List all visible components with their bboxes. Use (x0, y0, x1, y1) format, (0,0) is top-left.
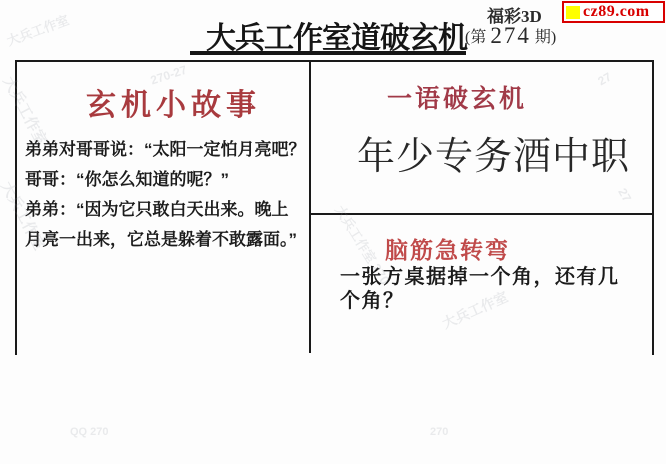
story-line: 弟弟对哥哥说：“太阳一定怕月亮吧？ (25, 135, 311, 165)
site-logo-square-icon (566, 6, 580, 19)
teaser-section-title: 脑筋急转弯 (385, 232, 510, 265)
watermark-text: 270 (430, 426, 448, 438)
hint-section-title: 一语破玄机 (387, 79, 527, 115)
site-link-label: cz89.com (583, 4, 650, 20)
title-underline (190, 51, 466, 55)
hint-phrase: 年少专务酒中职 (357, 125, 630, 180)
issue-number-line: (第 274 期) (465, 24, 556, 47)
teaser-line: 个角？ (340, 289, 640, 313)
story-line: 月亮一出来，它总是躲着不敢露面。” (25, 225, 311, 255)
lottery-mystery-sheet: 大兵工作室道破玄机 福彩3D (第 274 期) cz89.com 玄机小故事 … (0, 0, 666, 464)
watermark-text: QQ 270 (70, 426, 109, 438)
issue-prefix: (第 (465, 24, 486, 47)
story-text-block: 弟弟对哥哥说：“太阳一定怕月亮吧？ 哥哥：“你怎么知道的呢？” 弟弟：“因为它只… (25, 135, 311, 255)
site-link[interactable]: cz89.com (562, 1, 665, 23)
teaser-text-block: 一张方桌据掉一个角，还有几 个角？ (340, 265, 640, 313)
issue-suffix: 期) (535, 24, 556, 47)
watermark-text: 大兵工作室 (4, 9, 72, 49)
story-line: 弟弟：“因为它只敢白天出来。晚上 (25, 195, 311, 225)
story-section-title: 玄机小故事 (86, 80, 261, 124)
issue-number: 274 (490, 25, 531, 47)
teaser-line: 一张方桌据掉一个角，还有几 (340, 265, 640, 289)
story-line: 哥哥：“你怎么知道的呢？” (25, 165, 311, 195)
horizontal-divider (311, 213, 652, 215)
